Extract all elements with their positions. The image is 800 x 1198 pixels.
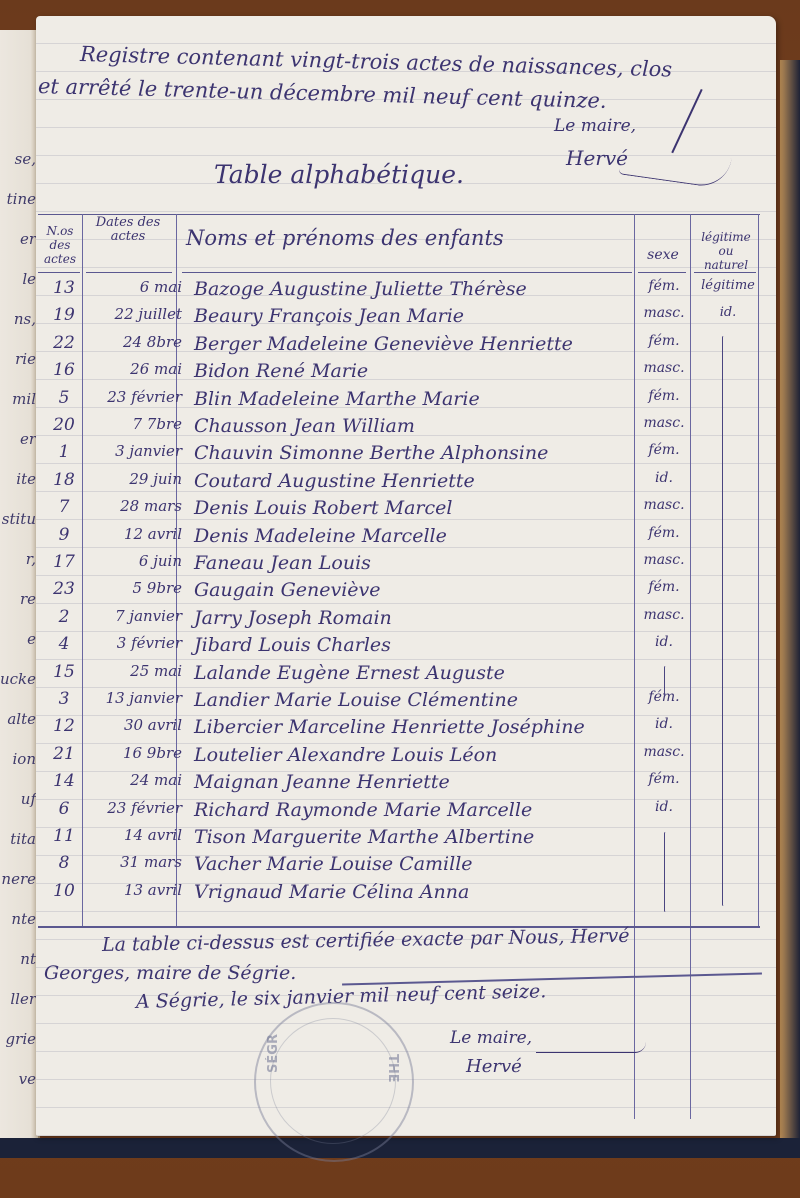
act-date: 14 avril: [88, 826, 182, 844]
act-number: 19: [50, 305, 78, 325]
act-date: 7 7bre: [88, 415, 182, 433]
child-name: Landier Marie Louise Clémentine: [194, 689, 518, 711]
child-name: Chauvin Simonne Berthe Alphonsine: [194, 442, 548, 464]
child-name: Chausson Jean William: [194, 415, 415, 437]
stamp-text-left: SÉGR: [266, 1034, 281, 1073]
previous-page-text-fragment: rie: [15, 350, 36, 368]
signature-flourish-icon: [536, 1042, 646, 1053]
act-number: 6: [50, 799, 78, 819]
act-number: 13: [50, 278, 78, 298]
act-date: 3 février: [88, 634, 182, 652]
closing-flourish: [671, 89, 702, 153]
previous-page-text-fragment: alte: [7, 710, 36, 728]
act-date: 6 mai: [88, 278, 182, 296]
table-row: 27 janvierJarry Joseph Romainmasc.: [36, 607, 736, 634]
table-row: 1114 avrilTison Marguerite Marthe Albert…: [36, 826, 736, 853]
legitimacy: id.: [696, 305, 760, 320]
child-sex: fém.: [636, 278, 692, 294]
child-name: Beaury François Jean Marie: [194, 305, 464, 327]
child-name: Faneau Jean Louis: [194, 552, 371, 574]
child-name: Denis Madeleine Marcelle: [194, 525, 447, 547]
act-date: 13 janvier: [88, 689, 182, 707]
child-name: Richard Raymonde Marie Marcelle: [194, 799, 532, 821]
act-date: 13 avril: [88, 881, 182, 899]
previous-page-text-fragment: ns,: [14, 310, 36, 328]
previous-page-text-fragment: ve: [19, 1070, 36, 1088]
act-date: 3 janvier: [88, 442, 182, 460]
table-row: 313 janvierLandier Marie Louise Clémenti…: [36, 689, 736, 716]
signature-flourish-icon: [618, 143, 731, 189]
child-name: Gaugain Geneviève: [194, 579, 381, 601]
previous-page-edge: se,tineerlens,riemileritestitur,reeuckea…: [0, 30, 40, 1150]
child-name: Bidon René Marie: [194, 360, 368, 382]
act-number: 2: [50, 607, 78, 627]
act-date: 25 mai: [88, 662, 182, 680]
child-name: Denis Louis Robert Marcel: [194, 497, 452, 519]
column-header-legitimacy: légitime ou naturel: [696, 230, 756, 272]
previous-page-text-fragment: er: [20, 430, 36, 448]
table-row: 43 févrierJibard Louis Charlesid.: [36, 634, 736, 661]
table-row: 13 janvierChauvin Simonne Berthe Alphons…: [36, 442, 736, 469]
act-number: 12: [50, 716, 78, 736]
act-number: 22: [50, 333, 78, 353]
header-line-1: Registre contenant vingt-trois actes de …: [80, 42, 673, 81]
child-name: Jarry Joseph Romain: [194, 607, 392, 629]
child-sex: id.: [636, 470, 692, 486]
table-row: 728 marsDenis Louis Robert Marcelmasc.: [36, 497, 736, 524]
child-sex: fém.: [636, 771, 692, 787]
act-number: 17: [50, 552, 78, 572]
act-number: 11: [50, 826, 78, 846]
child-name: Jibard Louis Charles: [194, 634, 391, 656]
previous-page-text-fragment: nt: [20, 950, 36, 968]
certification-line-1: La table ci-dessus est certifiée exacte …: [102, 925, 630, 956]
column-header-number: N.os des actes: [40, 224, 80, 266]
child-sex: id.: [636, 716, 692, 732]
header-rule: [182, 272, 632, 273]
table-row: 176 juinFaneau Jean Louismasc.: [36, 552, 736, 579]
child-name: Vrignaud Marie Célina Anna: [194, 881, 469, 903]
previous-page-text-fragment: r,: [26, 550, 36, 568]
act-date: 12 avril: [88, 525, 182, 543]
act-date: 26 mai: [88, 360, 182, 378]
mayor-signature-bottom: Hervé: [466, 1056, 522, 1077]
previous-page-text-fragment: stitu: [2, 510, 36, 528]
legitimacy: légitime: [696, 278, 760, 293]
table-row: 1013 avrilVrignaud Marie Célina Anna: [36, 881, 736, 908]
act-number: 9: [50, 525, 78, 545]
child-sex: masc.: [636, 552, 692, 568]
book-cover: [0, 1138, 800, 1158]
previous-page-text-fragment: ucke: [0, 670, 36, 688]
idem-ditto-line: [722, 336, 725, 906]
child-sex: masc.: [636, 744, 692, 760]
idem-ditto-line: [664, 666, 667, 696]
table-row: 1230 avrilLibercier Marceline Henriette …: [36, 716, 736, 743]
column-header-sex: sexe: [638, 248, 688, 262]
child-name: Libercier Marceline Henriette Joséphine: [194, 716, 585, 738]
previous-page-text-fragment: re: [20, 590, 36, 608]
table-row: 623 févrierRichard Raymonde Marie Marcel…: [36, 799, 736, 826]
act-date: 6 juin: [88, 552, 182, 570]
stamp-inner-ring: [270, 1018, 396, 1144]
previous-page-text-fragment: mil: [12, 390, 36, 408]
table-row: 1922 juilletBeaury François Jean Mariema…: [36, 305, 736, 332]
previous-page-text-fragment: tine: [7, 190, 36, 208]
act-date: 24 mai: [88, 771, 182, 789]
stamp-text-right: THE: [385, 1054, 400, 1083]
child-name: Maignan Jeanne Henriette: [194, 771, 450, 793]
act-number: 18: [50, 470, 78, 490]
child-sex: id.: [636, 799, 692, 815]
table-row: 207 7breChausson Jean Williammasc.: [36, 415, 736, 442]
child-sex: fém.: [636, 388, 692, 404]
table-row: 1525 maiLalande Eugène Ernest Auguste: [36, 662, 736, 689]
child-sex: fém.: [636, 525, 692, 541]
child-name: Berger Madeleine Geneviève Henriette: [194, 333, 573, 355]
mayor-label-top: Le maire,: [554, 116, 636, 136]
child-sex: id.: [636, 634, 692, 650]
column-header-date: Dates des actes: [90, 216, 166, 244]
table-row: 523 févrierBlin Madeleine Marthe Mariefé…: [36, 388, 736, 415]
act-number: 10: [50, 881, 78, 901]
act-date: 31 mars: [88, 853, 182, 871]
header-rule: [38, 272, 80, 273]
previous-page-text-fragment: le: [22, 270, 36, 288]
table-row: 912 avrilDenis Madeleine Marcellefém.: [36, 525, 736, 552]
header-rule: [86, 272, 172, 273]
child-name: Coutard Augustine Henriette: [194, 470, 475, 492]
previous-page-text-fragment: ller: [10, 990, 36, 1008]
footer-rule: [38, 926, 760, 928]
previous-page-text-fragment: se,: [15, 150, 36, 168]
act-number: 15: [50, 662, 78, 682]
municipal-stamp-icon: SÉGR THE: [254, 1002, 414, 1162]
previous-page-text-fragment: grie: [6, 1030, 36, 1048]
act-date: 5 9bre: [88, 579, 182, 597]
act-number: 23: [50, 579, 78, 599]
child-sex: masc.: [636, 415, 692, 431]
act-date: 30 avril: [88, 716, 182, 734]
child-sex: masc.: [636, 497, 692, 513]
act-number: 16: [50, 360, 78, 380]
act-date: 24 8bre: [88, 333, 182, 351]
idem-ditto-line: [664, 832, 667, 912]
previous-page-text-fragment: e: [27, 630, 36, 648]
register-page: Registre contenant vingt-trois actes de …: [36, 16, 776, 1136]
act-number: 3: [50, 689, 78, 709]
child-sex: fém.: [636, 333, 692, 349]
table-row: 1829 juinCoutard Augustine Henrietteid.: [36, 470, 736, 497]
table-row: 831 marsVacher Marie Louise Camille: [36, 853, 736, 880]
header-line-2: et arrêté le trente-un décembre mil neuf…: [38, 74, 607, 113]
child-sex: fém.: [636, 442, 692, 458]
act-number: 1: [50, 442, 78, 462]
act-number: 7: [50, 497, 78, 517]
child-sex: masc.: [636, 360, 692, 376]
child-sex: fém.: [636, 579, 692, 595]
act-number: 5: [50, 388, 78, 408]
table-title: Table alphabétique.: [214, 160, 464, 189]
child-name: Vacher Marie Louise Camille: [194, 853, 473, 875]
act-date: 22 juillet: [88, 305, 182, 323]
act-number: 21: [50, 744, 78, 764]
previous-page-text-fragment: tita: [10, 830, 36, 848]
previous-page-text-fragment: nere: [1, 870, 36, 888]
act-number: 4: [50, 634, 78, 654]
previous-page-text-fragment: ite: [16, 470, 36, 488]
column-divider: [758, 214, 759, 926]
table-row: 1424 maiMaignan Jeanne Henriettefém.: [36, 771, 736, 798]
child-sex: masc.: [636, 607, 692, 623]
act-date: 23 février: [88, 388, 182, 406]
act-number: 8: [50, 853, 78, 873]
table-row: 235 9breGaugain Genevièvefém.: [36, 579, 736, 606]
act-number: 20: [50, 415, 78, 435]
act-date: 7 janvier: [88, 607, 182, 625]
table-row: 2116 9breLoutelier Alexandre Louis Léonm…: [36, 744, 736, 771]
child-name: Bazoge Augustine Juliette Thérèse: [194, 278, 527, 300]
previous-page-text-fragment: ion: [13, 750, 37, 768]
child-name: Loutelier Alexandre Louis Léon: [194, 744, 497, 766]
child-sex: masc.: [636, 305, 692, 321]
act-number: 14: [50, 771, 78, 791]
table-row: 2224 8breBerger Madeleine Geneviève Henr…: [36, 333, 736, 360]
act-date: 28 mars: [88, 497, 182, 515]
certification-line-2: Georges, maire de Ségrie.: [44, 962, 296, 984]
child-name: Lalande Eugène Ernest Auguste: [194, 662, 505, 684]
act-date: 29 juin: [88, 470, 182, 488]
mayor-label-bottom: Le maire,: [450, 1028, 532, 1048]
previous-page-text-fragment: uf: [21, 790, 36, 808]
column-header-names: Noms et prénoms des enfants: [186, 226, 586, 250]
table-row: 136 maiBazoge Augustine Juliette Thérèse…: [36, 278, 736, 305]
previous-page-text-fragment: er: [20, 230, 36, 248]
table-row: 1626 maiBidon René Mariemasc.: [36, 360, 736, 387]
child-name: Tison Marguerite Marthe Albertine: [194, 826, 534, 848]
book-spine-edge: [780, 60, 800, 1140]
header-rule: [694, 272, 756, 273]
act-date: 23 février: [88, 799, 182, 817]
header-rule: [638, 272, 686, 273]
previous-page-text-fragment: nte: [11, 910, 36, 928]
child-name: Blin Madeleine Marthe Marie: [194, 388, 480, 410]
act-date: 16 9bre: [88, 744, 182, 762]
